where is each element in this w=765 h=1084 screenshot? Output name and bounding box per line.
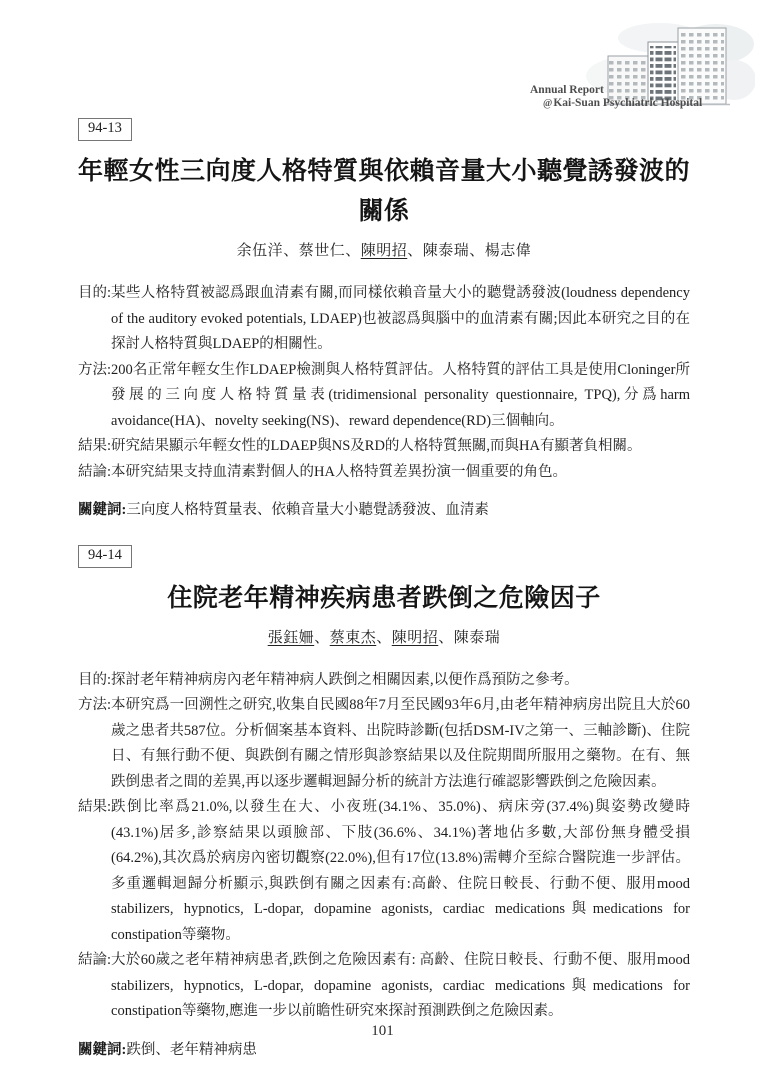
author-name: 陳明招: [361, 243, 408, 259]
section-label: 方法:: [78, 358, 111, 435]
abstract-id-badge: 94-14: [78, 545, 132, 568]
section-row: 結果:研究結果顯示年輕女性的LDAEP與NS及RD的人格特質無關,而與HA有顯著…: [78, 434, 690, 460]
section-text: 某些人格特質被認爲跟血清素有關,而同樣依賴音量大小的聽覺誘發波(loudness…: [111, 281, 690, 358]
author-separator: 、: [314, 630, 330, 646]
section-label: 結果:: [78, 795, 111, 948]
section-text: 本研究結果支持血清素對個人的HA人格特質差異扮演一個重要的角色。: [111, 460, 690, 486]
author-list: 張鈺姍、蔡東杰、陳明招、陳泰瑞: [78, 626, 690, 647]
header-text: Annual Report @Kai-Suan Psychiatric Hosp…: [530, 84, 702, 110]
section-text: 200名正常年輕女生作LDAEP檢測與人格特質評估。人格特質的評估工具是使用Cl…: [111, 358, 690, 435]
section-text: 跌倒比率爲21.0%,以發生在大、小夜班(34.1%、35.0%)、病床旁(37…: [111, 795, 690, 948]
author-separator: 、: [376, 630, 392, 646]
keywords-row: 關鍵詞: 跌倒、老年精神病患: [78, 1038, 690, 1064]
section-label: 結果:: [78, 434, 111, 460]
report-header: Annual Report @Kai-Suan Psychiatric Hosp…: [520, 18, 765, 118]
abstracts-container: 94-13 年輕女性三向度人格特質與依賴音量大小聽覺誘發波的關係 余伍洋、蔡世仁…: [0, 0, 765, 1063]
author-name: 蔡世仁: [299, 243, 346, 259]
section-label: 目的:: [78, 281, 111, 358]
keywords-text: 跌倒、老年精神病患: [126, 1038, 257, 1064]
author-name: 蔡東杰: [330, 630, 377, 646]
author-name: 陳明招: [392, 630, 439, 646]
abstract-title: 住院老年精神疾病患者跌倒之危險因子: [78, 579, 690, 619]
author-name: 楊志偉: [485, 243, 532, 259]
section-row: 結論:大於60歲之老年精神病患者,跌倒之危險因素有: 高齡、住院日較長、行動不便…: [78, 948, 690, 1025]
section-row: 目的:某些人格特質被認爲跟血清素有關,而同樣依賴音量大小的聽覺誘發波(loudn…: [78, 281, 690, 358]
section-text: 大於60歲之老年精神病患者,跌倒之危險因素有: 高齡、住院日較長、行動不便、服用…: [111, 948, 690, 1025]
abstract-id-badge: 94-13: [78, 118, 132, 141]
author-name: 陳泰瑞: [423, 243, 470, 259]
abstract-section: 94-13 年輕女性三向度人格特質與依賴音量大小聽覺誘發波的關係 余伍洋、蔡世仁…: [78, 118, 690, 524]
author-separator: 、: [407, 243, 423, 259]
section-text: 研究結果顯示年輕女性的LDAEP與NS及RD的人格特質無關,而與HA有顯著負相關…: [111, 434, 690, 460]
section-row: 結論:本研究結果支持血清素對個人的HA人格特質差異扮演一個重要的角色。: [78, 460, 690, 486]
section-text: 本研究爲一回溯性之研究,收集自民國88年7月至民國93年6月,由老年精神病房出院…: [111, 693, 690, 795]
abstract-section: 94-14 住院老年精神疾病患者跌倒之危險因子 張鈺姍、蔡東杰、陳明招、陳泰瑞 …: [78, 545, 690, 1064]
page-number: 101: [0, 1023, 765, 1040]
author-name: 陳泰瑞: [454, 630, 501, 646]
author-separator: 、: [438, 630, 454, 646]
abstract-title: 年輕女性三向度人格特質與依賴音量大小聽覺誘發波的關係: [78, 152, 690, 232]
section-label: 結論:: [78, 460, 111, 486]
keywords-label: 關鍵詞:: [78, 1038, 126, 1064]
hospital-name: Kai-Suan Psychiatric Hospital: [553, 97, 702, 109]
section-row: 方法:200名正常年輕女生作LDAEP檢測與人格特質評估。人格特質的評估工具是使…: [78, 358, 690, 435]
section-row: 目的:探討老年精神病房內老年精神病人跌倒之相關因素,以便作爲預防之參考。: [78, 668, 690, 694]
header-line2: @Kai-Suan Psychiatric Hospital: [543, 97, 702, 110]
abstract-body: 目的:探討老年精神病房內老年精神病人跌倒之相關因素,以便作爲預防之參考。方法:本…: [78, 668, 690, 1025]
header-line1: Annual Report: [530, 84, 702, 97]
section-label: 目的:: [78, 668, 111, 694]
keywords-label: 關鍵詞:: [78, 498, 126, 524]
keywords-text: 三向度人格特質量表、依賴音量大小聽覺誘發波、血清素: [126, 498, 489, 524]
section-label: 方法:: [78, 693, 111, 795]
author-list: 余伍洋、蔡世仁、陳明招、陳泰瑞、楊志偉: [78, 239, 690, 260]
section-row: 結果:跌倒比率爲21.0%,以發生在大、小夜班(34.1%、35.0%)、病床旁…: [78, 795, 690, 948]
author-separator: 、: [283, 243, 299, 259]
author-name: 余伍洋: [237, 243, 284, 259]
abstract-body: 目的:某些人格特質被認爲跟血清素有關,而同樣依賴音量大小的聽覺誘發波(loudn…: [78, 281, 690, 485]
hospital-logo-icon: @: [543, 98, 552, 109]
keywords-row: 關鍵詞: 三向度人格特質量表、依賴音量大小聽覺誘發波、血清素: [78, 498, 690, 524]
section-label: 結論:: [78, 948, 111, 1025]
section-text: 探討老年精神病房內老年精神病人跌倒之相關因素,以便作爲預防之參考。: [111, 668, 690, 694]
author-name: 張鈺姍: [268, 630, 315, 646]
author-separator: 、: [469, 243, 485, 259]
author-separator: 、: [345, 243, 361, 259]
section-row: 方法:本研究爲一回溯性之研究,收集自民國88年7月至民國93年6月,由老年精神病…: [78, 693, 690, 795]
